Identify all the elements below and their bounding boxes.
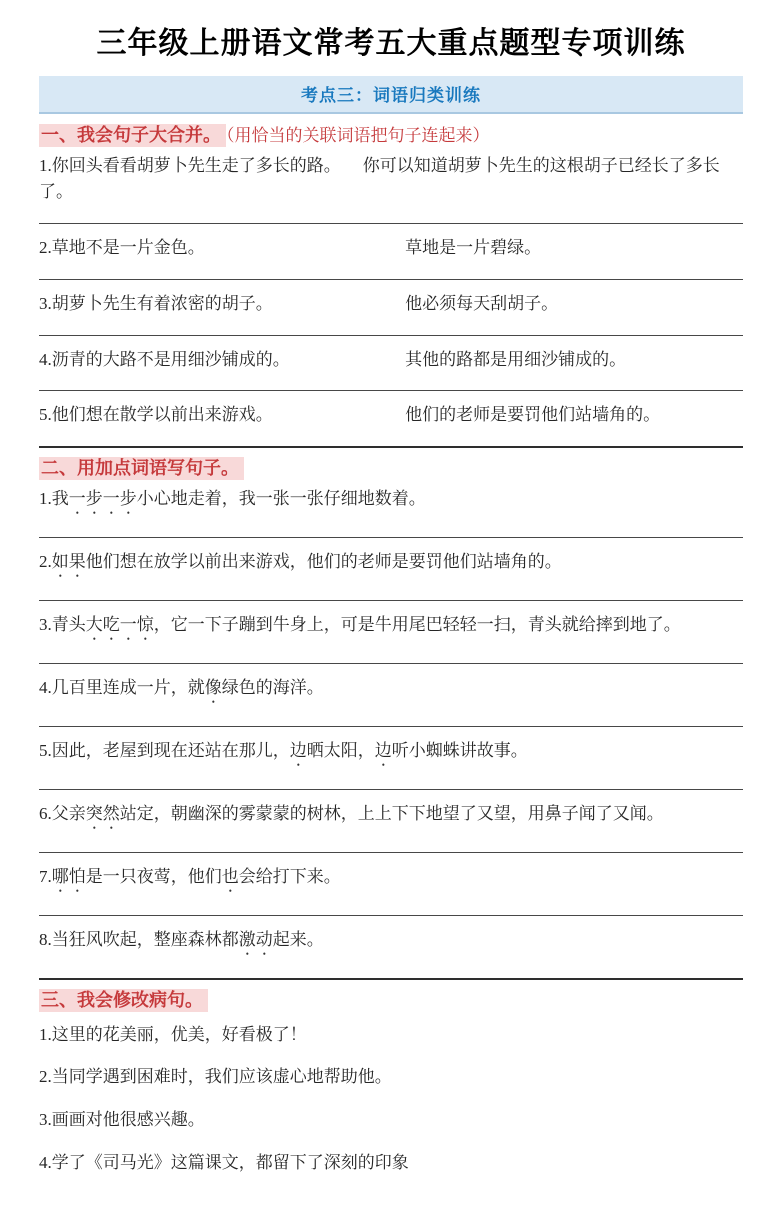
text-run: 起来。 [273,930,324,949]
exercise-item: 2.如果他们想在放学以前出来游戏，他们的老师是要罚他们站墙角的。 [39,549,743,581]
topic-banner-label: 考点三：词语归类训练 [301,86,481,105]
answer-line [39,663,743,664]
exercise-item: 4.几百里连成一片，就像绿色的海洋。 [39,675,743,707]
exercise-row: 4.沥青的大路不是用细沙铺成的。 其他的路都是用细沙铺成的。 [39,347,743,392]
section1-note: （用恰当的关联词语把句子连起来） [226,126,490,145]
fix-sentence-item-list: 1.这里的花美丽，优美，好看极了！2.当同学遇到困难时，我们应该虚心地帮助他。3… [39,1022,743,1176]
section2-heading: 二、用加点词语写句子。 [39,457,244,480]
text-run: 3.青头 [39,615,86,634]
emphasized-word: 也 [222,867,239,886]
exercise-row: 5.因此，老屋到现在还站在那儿，边晒太阳，边听小蜘蛛讲故事。 [39,738,743,790]
exercise-row: 4.几百里连成一片，就像绿色的海洋。 [39,675,743,727]
answer-line [39,978,743,980]
dotted-word-item-list: 1.我一步一步小心地走着，我一张一张仔细地数着。 2.如果他们想在放学以前出来游… [39,486,743,980]
answer-line [39,852,743,853]
text-run: 他们想在放学以前出来游戏，他们的老师是要罚他们站墙角的。 [86,552,562,571]
exercise-row: 7.哪怕是一只夜莺，他们也会给打下来。 [39,864,743,916]
text-run: ，它一下子蹦到牛身上，可是牛用尾巴轻轻一扫，青头就给摔到地了。 [154,615,681,634]
sentence-right: 他必须每天刮胡子。 [405,291,743,317]
text-run: 2. [39,552,52,571]
section1-header: 一、我会句子大合并。（用恰当的关联词语把句子连起来） [39,123,743,148]
sentence-left: 5.他们想在散学以前出来游戏。 [39,402,405,428]
emphasized-word: 大吃一惊 [86,615,154,634]
exercise-row: 5.他们想在散学以前出来游戏。 他们的老师是要罚他们站墙角的。 [39,402,743,448]
exercise-item: 4.沥青的大路不是用细沙铺成的。 其他的路都是用细沙铺成的。 [39,347,743,373]
answer-line [39,223,743,224]
exercise-item: 3.青头大吃一惊，它一下子蹦到牛身上，可是牛用尾巴轻轻一扫，青头就给摔到地了。 [39,612,743,644]
emphasized-word: 哪怕 [52,867,86,886]
emphasized-word: 激动 [239,930,273,949]
answer-line [39,390,743,391]
text-run: 7. [39,867,52,886]
exercise-item: 4.学了《司马光》这篇课文，都留下了深刻的印象 [39,1150,743,1176]
answer-line [39,726,743,727]
answer-line [39,335,743,336]
text-run: 听小蜘蛛讲故事。 [392,741,528,760]
answer-line [39,279,743,280]
sentence-right: 他们的老师是要罚他们站墙角的。 [405,402,743,428]
worksheet-page: 三年级上册语文常考五大重点题型专项训练 考点三：词语归类训练 一、我会句子大合并… [0,0,780,1217]
exercise-row: 2.草地不是一片金色。 草地是一片碧绿。 [39,235,743,280]
text-run: 6.父亲 [39,804,86,823]
exercise-item: 5.他们想在散学以前出来游戏。 他们的老师是要罚他们站墙角的。 [39,402,743,428]
sentence-left: 1.你回头看看胡萝卜先生走了多长的路。 [39,156,341,175]
exercise-row: 3.胡萝卜先生有着浓密的胡子。 他必须每天刮胡子。 [39,291,743,336]
exercise-item: 1.这里的花美丽，优美，好看极了！ [39,1022,743,1048]
section-dotted-words: 二、用加点词语写句子。 1.我一步一步小心地走着，我一张一张仔细地数着。 2.如… [39,456,743,980]
sentence-left: 4.沥青的大路不是用细沙铺成的。 [39,347,405,373]
exercise-row: 8.当狂风吹起，整座森林都激动起来。 [39,927,743,980]
exercise-item: 6.父亲突然站定，朝幽深的雾蒙蒙的树林，上上下下地望了又望，用鼻子闻了又闻。 [39,801,743,833]
text-run: 是一只夜莺，他们 [86,867,222,886]
emphasized-word: 突然 [86,804,120,823]
answer-line [39,915,743,916]
exercise-row: 2.如果他们想在放学以前出来游戏，他们的老师是要罚他们站墙角的。 [39,549,743,601]
text-run: 绿色的海洋。 [222,678,324,697]
section1-heading: 一、我会句子大合并。 [39,124,226,147]
text-run: 4.几百里连成一片，就 [39,678,205,697]
emphasized-word: 边 [290,741,307,760]
exercise-row: 1.我一步一步小心地走着，我一张一张仔细地数着。 [39,486,743,538]
emphasized-word: 如果 [52,552,86,571]
section2-header: 二、用加点词语写句子。 [39,456,743,481]
section3-header: 三、我会修改病句。 [39,988,743,1013]
emphasized-word: 像 [205,678,222,697]
answer-line [39,789,743,790]
emphasized-word: 边 [375,741,392,760]
text-run: 站定，朝幽深的雾蒙蒙的树林，上上下下地望了又望，用鼻子闻了又闻。 [120,804,664,823]
sentence-pair-list: 2.草地不是一片金色。 草地是一片碧绿。 3.胡萝卜先生有着浓密的胡子。 他必须… [39,235,743,448]
section-fix-sentences: 三、我会修改病句。 1.这里的花美丽，优美，好看极了！2.当同学遇到困难时，我们… [39,988,743,1176]
exercise-row: 3.青头大吃一惊，它一下子蹦到牛身上，可是牛用尾巴轻轻一扫，青头就给摔到地了。 [39,612,743,664]
section3-heading: 三、我会修改病句。 [39,989,208,1012]
exercise-item-1: 1.你回头看看胡萝卜先生走了多长的路。你可以知道胡萝卜先生的这根胡子已经长了多长… [39,153,743,205]
exercise-row: 6.父亲突然站定，朝幽深的雾蒙蒙的树林，上上下下地望了又望，用鼻子闻了又闻。 [39,801,743,853]
answer-line [39,537,743,538]
exercise-item: 2.当同学遇到困难时，我们应该虚心地帮助他。 [39,1064,743,1090]
sentence-right: 其他的路都是用细沙铺成的。 [405,347,743,373]
sentence-right: 草地是一片碧绿。 [405,235,743,261]
text-run: 1.我 [39,489,69,508]
exercise-item: 2.草地不是一片金色。 草地是一片碧绿。 [39,235,743,261]
exercise-item: 7.哪怕是一只夜莺，他们也会给打下来。 [39,864,743,896]
sentence-left: 2.草地不是一片金色。 [39,235,405,261]
answer-line [39,600,743,601]
text-run: 会给打下来。 [239,867,341,886]
text-run: 小心地走着，我一张一张仔细地数着。 [137,489,426,508]
text-run: 晒太阳， [307,741,375,760]
text-run: 5.因此，老屋到现在还站在那儿， [39,741,290,760]
answer-line [39,446,743,448]
emphasized-word: 一步一步 [69,489,137,508]
exercise-item: 3.画画对他很感兴趣。 [39,1107,743,1133]
page-title: 三年级上册语文常考五大重点题型专项训练 [39,18,743,62]
sentence-left: 3.胡萝卜先生有着浓密的胡子。 [39,291,405,317]
exercise-item: 5.因此，老屋到现在还站在那儿，边晒太阳，边听小蜘蛛讲故事。 [39,738,743,770]
exercise-item: 8.当狂风吹起，整座森林都激动起来。 [39,927,743,959]
text-run: 8.当狂风吹起，整座森林都 [39,930,239,949]
section-sentence-merge: 一、我会句子大合并。（用恰当的关联词语把句子连起来） 1.你回头看看胡萝卜先生走… [39,123,743,448]
exercise-item: 3.胡萝卜先生有着浓密的胡子。 他必须每天刮胡子。 [39,291,743,317]
topic-banner: 考点三：词语归类训练 [39,76,743,114]
exercise-item: 1.我一步一步小心地走着，我一张一张仔细地数着。 [39,486,743,518]
